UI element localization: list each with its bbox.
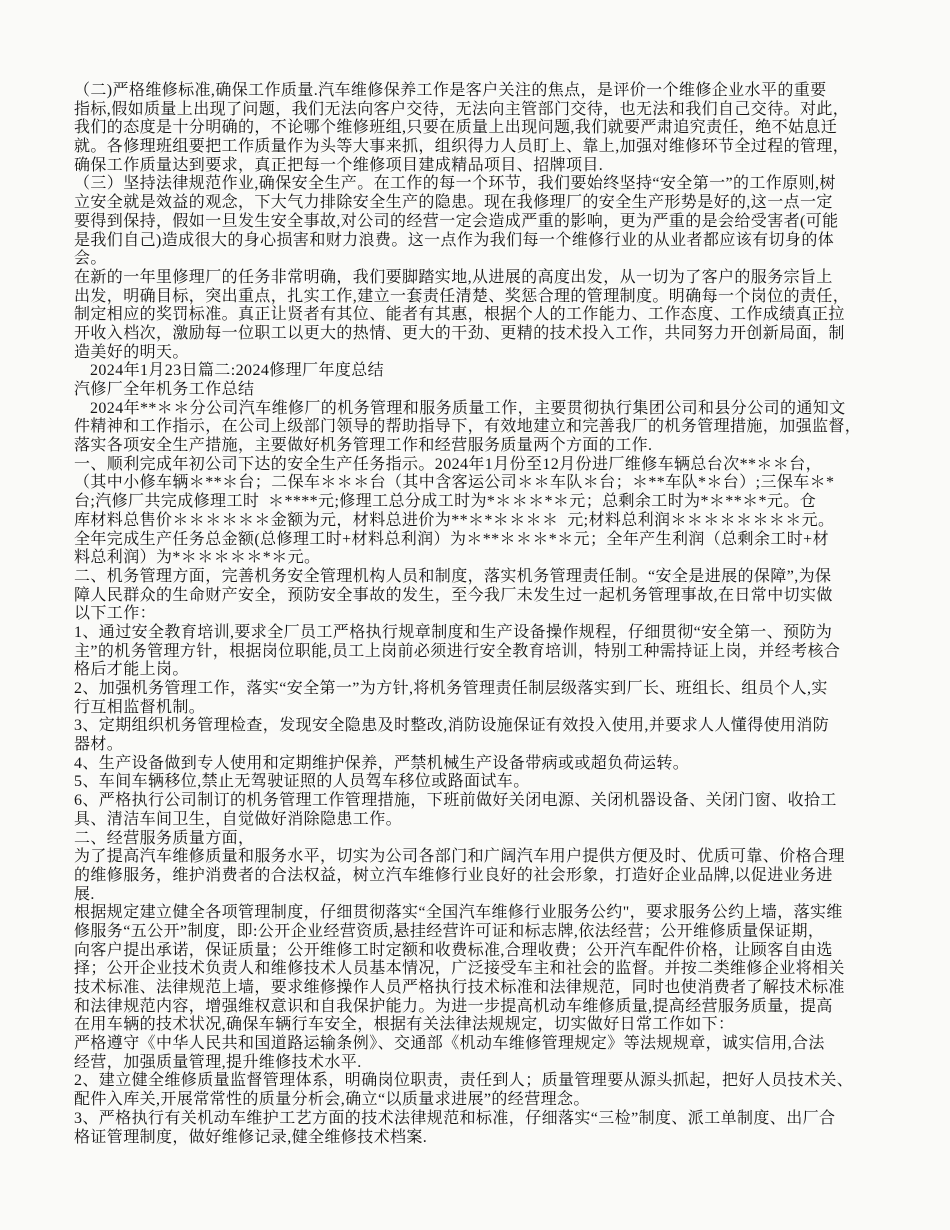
text-line: 指标,假如质量上出现了问题，我们无法向客户交待，无法向主管部门交待，也无法和我们… (74, 101, 916, 120)
text-line: 4、生产设备做到专人使用和定期维护保养，严禁机械生产设备带病或或超负荷运转。 (74, 755, 916, 774)
text-line: 5、车间车辆移位,禁止无驾驶证照的人员驾车移位或路面试车。 (74, 773, 916, 792)
document-page: （二)严格维修标准,确保工作质量.汽车维修保养工作是客户关注的焦点，是评价一个维… (0, 0, 950, 1230)
text-line: 3、严格执行有关机动车维护工艺方面的技术法律规范和标准，仔细落实“三检”制度、派… (74, 1110, 916, 1129)
text-line: 修服务“五公开”制度，即:公开企业经营资质,悬挂经营许可证和标志牌,依法经营；公… (74, 923, 916, 942)
text-line: 器材。 (74, 736, 916, 755)
text-line: 技术标准、法律规范上墙，要求维修操作人员严格执行技术标准和法律规范，同时也使消费… (74, 979, 916, 998)
text-line: 库材料总售价＊＊＊＊＊＊金额为元，材料总进价为**＊*＊＊＊＊ 元;材料总利润＊… (74, 512, 916, 531)
text-line: 经营，加强质量管理,提升维修技术水平. (74, 1054, 916, 1073)
text-line: 具、清洁车间卫生，自觉做好消除隐患工作。 (74, 811, 916, 830)
text-line: 6、严格执行公司制订的机务管理工作管理措施，下班前做好关闭电源、关闭机器设备、关… (74, 792, 916, 811)
text-line: 要得到保持，假如一旦发生安全事故,对公司的经营一定会造成严重的影响，更为严重的是… (74, 213, 916, 232)
text-line: 配件入库关,开展常常性的质量分析会,确立“以质量求进展”的经营理念。 (74, 1091, 916, 1110)
text-line: 造美好的明天。 (74, 344, 916, 363)
text-line: 根据规定建立健全各项管理制度，仔细贯彻落实“全国汽车维修行业服务公约"，要求服务… (74, 904, 916, 923)
text-line: （其中小修车辆＊**＊台；二保车＊＊＊台（其中含客运公司＊＊车队＊台；＊**车队… (74, 474, 916, 493)
text-line: 开收入档次，激励每一位职工以更大的热情、更大的干劲、更精的技术投入工作，共同努力… (74, 325, 916, 344)
text-line: 立安全就是效益的观念，下大气力排除安全生产的隐患。现在我修理厂的安全生产形势是好… (74, 194, 916, 213)
text-line: 向客户提出承诺，保证质量；公开维修工时定额和收费标准,合理收费；公开汽车配件价格… (74, 942, 916, 961)
text-line: 台;汽修厂共完成修理工时 ＊****元;修理工总分成工时为*＊＊＊*＊元；总剩余… (74, 493, 916, 512)
text-line: 2024年1月23日篇二:2024修理厂年度总结 (74, 362, 916, 381)
text-line: 格后才能上岗。 (74, 661, 916, 680)
text-line: 2024年**＊＊分公司汽车维修厂的机务管理和服务质量工作，主要贯彻执行集团公司… (74, 400, 916, 419)
text-line: 格证管理制度，做好维修记录,健全维修技术档案. (74, 1129, 916, 1148)
text-line: 行互相监督机制。 (74, 699, 916, 718)
text-line: 2、建立健全维修质量监督管理体系，明确岗位职责，责任到人；质量管理要从源头抓起，… (74, 1072, 916, 1091)
text-line: 严格遵守《中华人民共和国道路运输条例》、交通部《机动车维修管理规定》等法规规章，… (74, 1035, 916, 1054)
text-line: （三）坚持法律规范作业,确保安全生产。在工作的每一个环节，我们要始终坚持“安全第… (74, 175, 916, 194)
text-line: 在新的一年里修理厂的任务非常明确，我们要脚踏实地,从进展的高度出发，从一切为了客… (74, 269, 916, 288)
text-line: 1、通过安全教育培训,要求全厂员工严格执行规章制度和生产设备操作规程，仔细贯彻“… (74, 624, 916, 643)
text-line: 就。各修理班组要把工作质量作为头等大事来抓，组织得力人员盯上、靠上,加强对维修环… (74, 138, 916, 157)
text-line: 择；公开企业技术负责人和维修技术人员基本情况，广泛接受车主和社会的监督。并按二类… (74, 960, 916, 979)
text-line: 是我们自己)造成很大的身心损害和财力浪费。这一点作为我们每一个维修行业的从业者都… (74, 232, 916, 251)
text-line: 的维修服务，维护消费者的合法权益，树立汽车维修行业良好的社会形象，打造好企业品牌… (74, 867, 916, 886)
text-line: 为了提高汽车维修质量和服务水平，切实为公司各部门和广阔汽车用户提供方便及时、优质… (74, 848, 916, 867)
text-line: 在用车辆的技术状况,确保车辆行车安全，根据有关法律法规规定，切实做好日常工作如下… (74, 1016, 916, 1035)
text-line: 落实各项安全生产措施，主要做好机务管理工作和经营服务质量两个方面的工作. (74, 437, 916, 456)
text-line: 展. (74, 886, 916, 905)
text-line: 全年完成生产任务总金额(总修理工时+材料总利润）为＊**＊＊＊*＊元；全年产生利… (74, 531, 916, 550)
text-line: 汽修厂全年机务工作总结 (74, 381, 916, 400)
text-line: 件精神和工作指示，在公司上级部门领导的帮助指导下，有效地建立和完善我厂的机务管理… (74, 418, 916, 437)
text-line: 二、机务管理方面，完善机务安全管理机构人员和制度，落实机务管理责任制。“安全是进… (74, 568, 916, 587)
text-line: 主”的机务管理方针，根据岗位职能,员工上岗前必须进行安全教育培训，特别工种需持证… (74, 643, 916, 662)
text-line: 我们的态度是十分明确的，不论哪个维修班组,只要在质量上出现问题,我们就要严肃追究… (74, 119, 916, 138)
text-line: 二、经营服务质量方面， (74, 830, 916, 849)
text-line: （二)严格维修标准,确保工作质量.汽车维修保养工作是客户关注的焦点，是评价一个维… (74, 82, 916, 101)
text-line: 出发，明确目标，突出重点，扎实工作,建立一套责任清楚、奖惩合理的管理制度。明确每… (74, 288, 916, 307)
text-line: 2、加强机务管理工作，落实“安全第一”为方针,将机务管理责任制层级落实到厂长、班… (74, 680, 916, 699)
text-line: 确保工作质量达到要求，真正把每一个维修项目建成精品项目、招牌项目. (74, 157, 916, 176)
text-line: 料总利润）为*＊＊＊＊＊*＊元。 (74, 549, 916, 568)
text-line: 以下工作： (74, 605, 916, 624)
text-line: 3、定期组织机务管理检查，发现安全隐患及时整改,消防设施保证有效投入使用,并要求… (74, 717, 916, 736)
text-line: 障人民群众的生命财产安全，预防安全事故的发生，至今我厂未发生过一起机务管理事故,… (74, 587, 916, 606)
text-line: 会。 (74, 250, 916, 269)
text-line: 一、顺利完成年初公司下达的安全生产任务指示。2024年1月份至12月份进厂维修车… (74, 456, 916, 475)
text-line: 和法律规范内容，增强维权意识和自我保护能力。为进一步提高机动车维修质量,提高经营… (74, 998, 916, 1017)
document-body: （二)严格维修标准,确保工作质量.汽车维修保养工作是客户关注的焦点，是评价一个维… (74, 82, 916, 1147)
text-line: 制定相应的奖罚标准。真正让贤者有其位、能者有其惠，根据个人的工作能力、工作态度、… (74, 306, 916, 325)
